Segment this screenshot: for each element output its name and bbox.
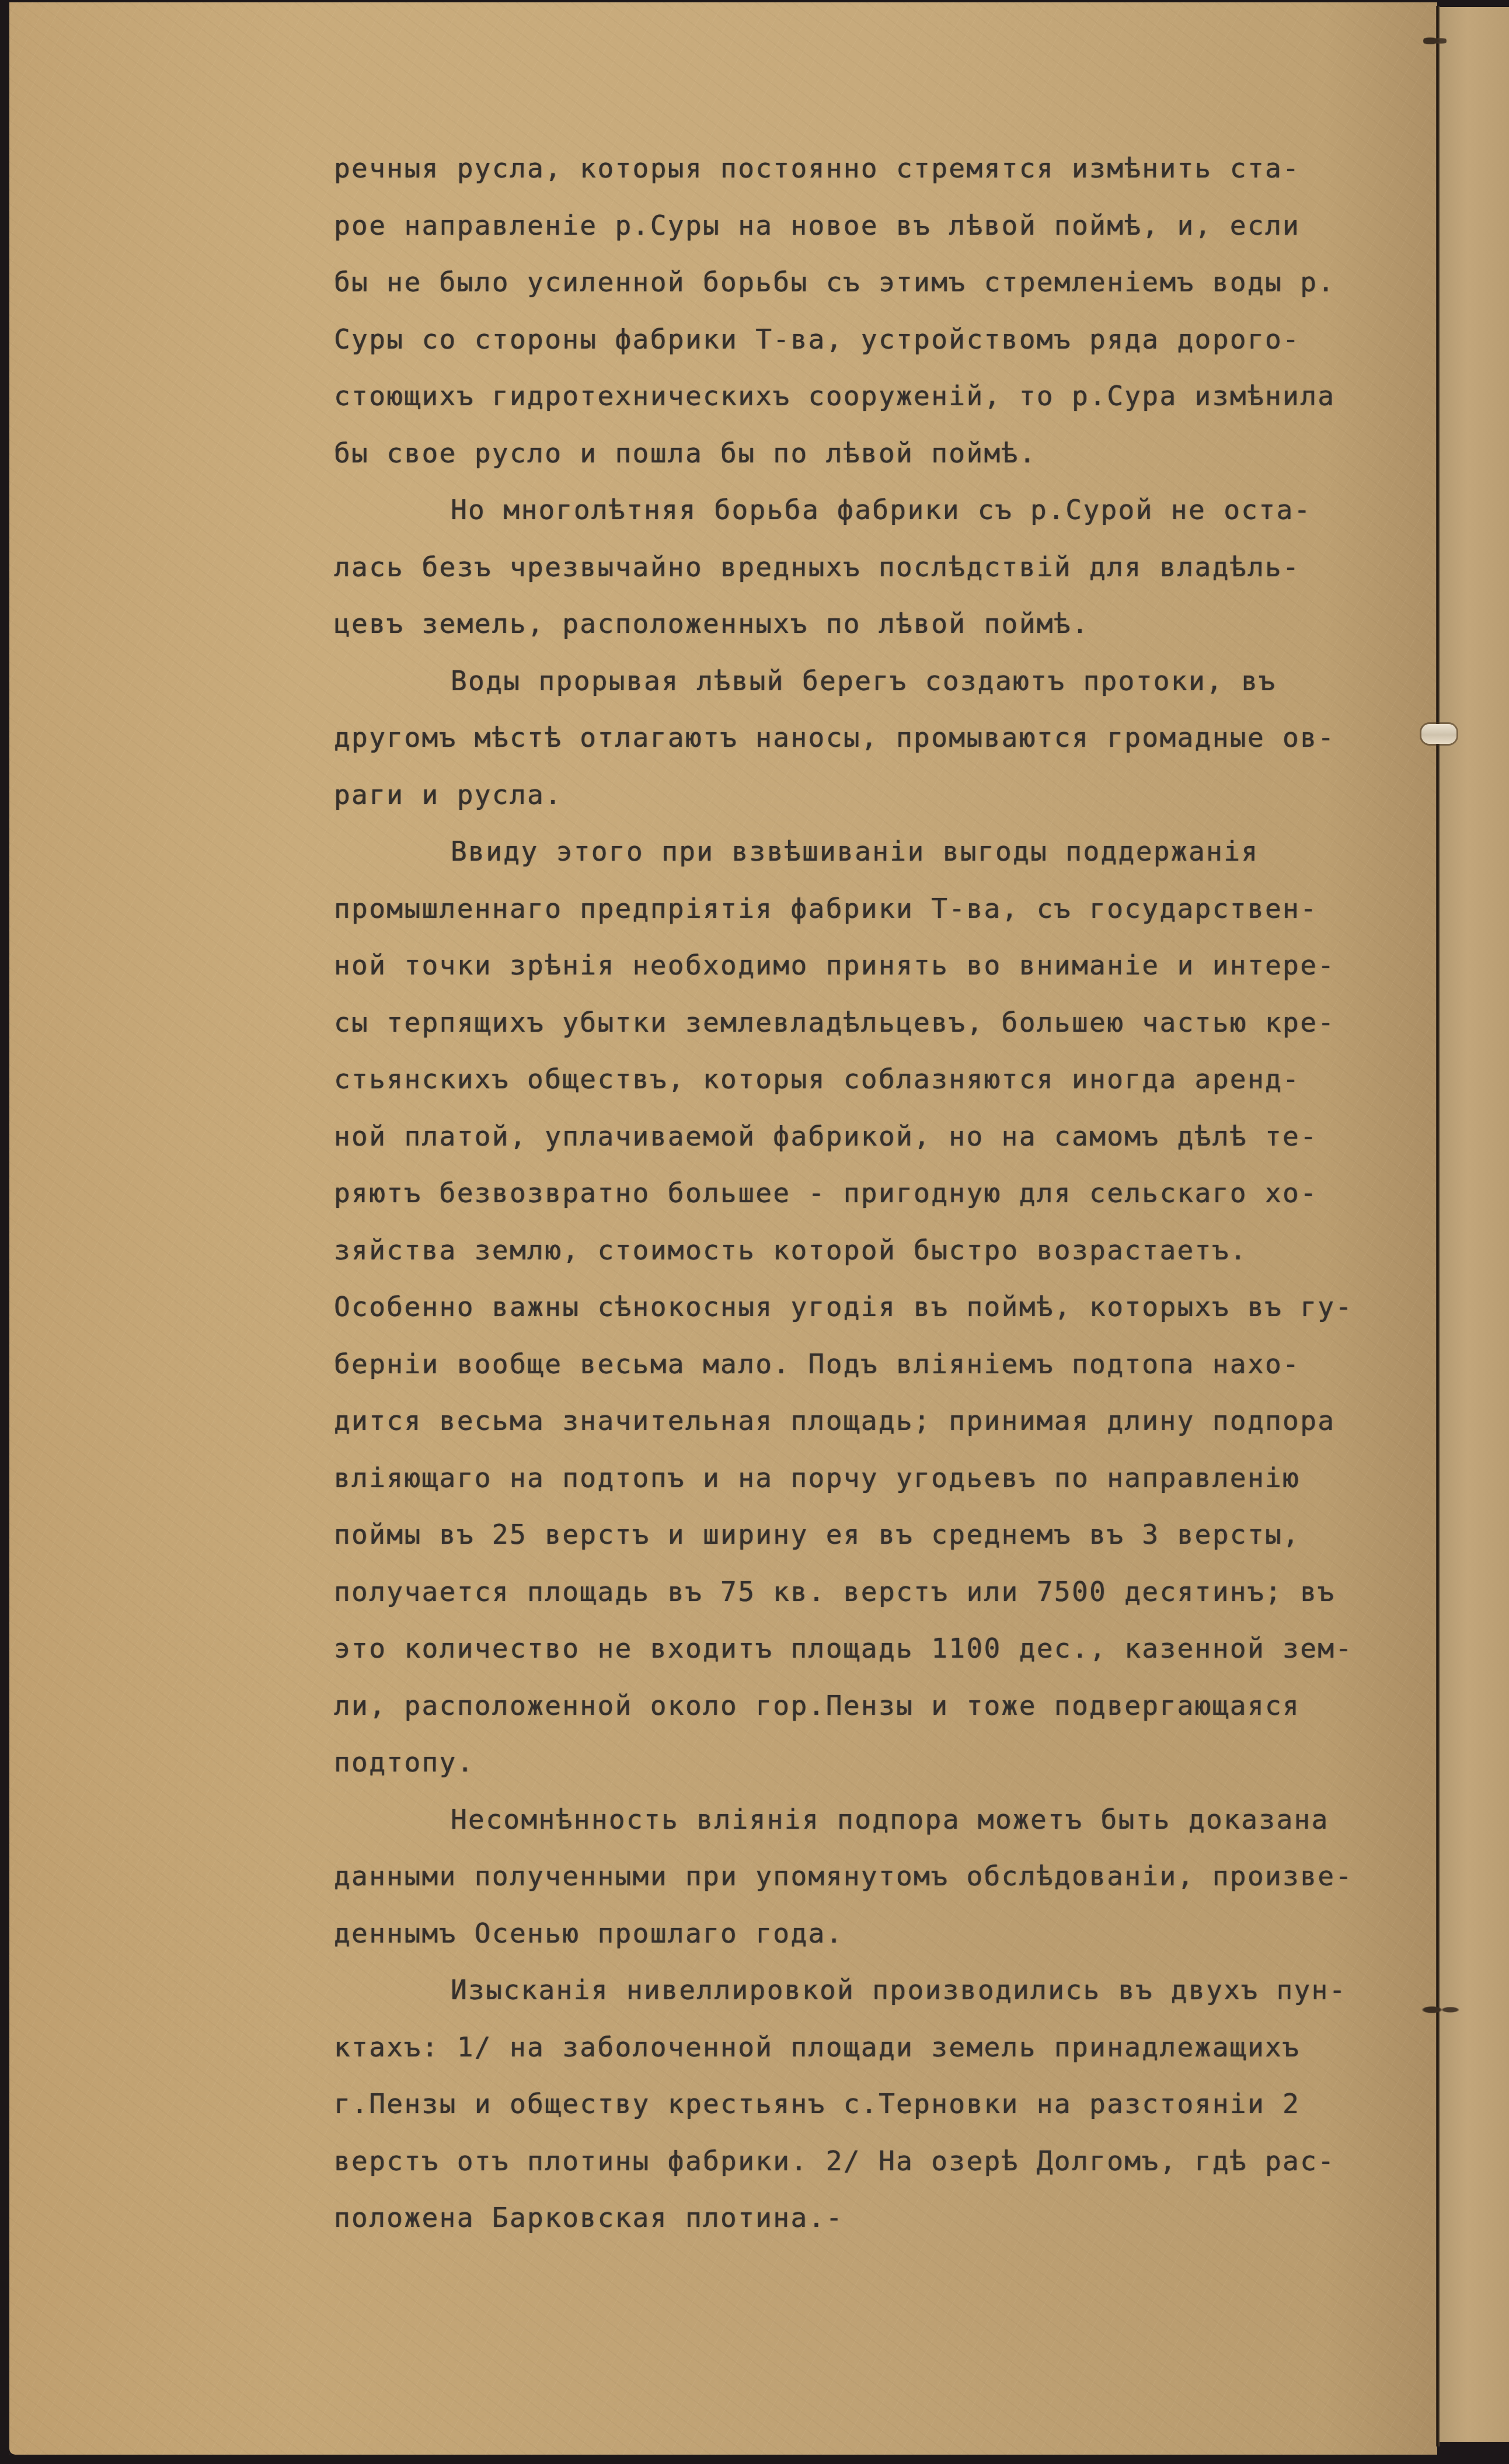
text-line: данными полученными при упомянутомъ обсл… (334, 1848, 1431, 1905)
text-line: бы свое русло и пошла бы по лѣвой поймѣ. (334, 425, 1431, 482)
paragraph-start-line: Ввиду этого при взвѣшиваніи выгоды подде… (334, 823, 1431, 881)
text-line: верстъ отъ плотины фабрики. 2/ На озерѣ … (334, 2133, 1431, 2190)
scanned-document: речныя русла, которыя постоянно стремятс… (0, 0, 1509, 2464)
text-line: Особенно важны сѣнокосныя угодія въ пойм… (334, 1279, 1431, 1336)
paragraph-start-line: Изысканія нивеллировкой производились въ… (334, 1962, 1431, 2019)
text-line: берніи вообще весьма мало. Подъ вліяніем… (334, 1336, 1431, 1393)
text-line: зяйства землю, стоимость которой быстро … (334, 1222, 1431, 1279)
text-line: промышленнаго предпріятія фабрики Т-ва, … (334, 881, 1431, 938)
text-line: вліяющаго на подтопъ и на порчу угодьевъ… (334, 1450, 1431, 1507)
binding-fold (1436, 6, 1440, 2446)
text-line: получается площадь въ 75 кв. верстъ или … (334, 1564, 1431, 1621)
paragraph-start-line: Несомнѣнность вліянія подпора можетъ быт… (334, 1791, 1431, 1849)
text-line: ряютъ безвозвратно большее - пригодную д… (334, 1165, 1431, 1222)
text-line: деннымъ Осенью прошлаго года. (334, 1905, 1431, 1962)
text-line: стоющихъ гидротехническихъ сооруженій, т… (334, 368, 1431, 425)
text-line: положена Барковская плотина.- (334, 2190, 1431, 2247)
text-line: поймы въ 25 верстъ и ширину ея въ средне… (334, 1506, 1431, 1564)
typewritten-text: речныя русла, которыя постоянно стремятс… (334, 140, 1431, 2247)
text-line: бы не было усиленной борьбы съ этимъ стр… (334, 254, 1431, 311)
text-line: дится весьма значительная площадь; прини… (334, 1393, 1431, 1450)
text-line: цевъ земель, расположенныхъ по лѣвой пой… (334, 596, 1431, 653)
paragraph-start-line: Воды прорывая лѣвый берегъ создаютъ прот… (334, 653, 1431, 710)
binding-hole-icon (1423, 35, 1447, 47)
adjacent-page-edge (1440, 7, 1509, 2442)
text-line: сы терпящихъ убытки землевладѣльцевъ, бо… (334, 994, 1431, 1052)
text-line: это количество не входитъ площадь 1100 д… (334, 1620, 1431, 1678)
paragraph-start-line: Но многолѣтняя борьба фабрики съ р.Сурой… (334, 482, 1431, 539)
text-line: стьянскихъ обществъ, которыя соблазняютс… (334, 1051, 1431, 1108)
text-line: рое направленіе р.Суры на новое въ лѣвой… (334, 197, 1431, 255)
text-line: другомъ мѣстѣ отлагаютъ наносы, промываю… (334, 709, 1431, 767)
text-line: ной платой, уплачиваемой фабрикой, но на… (334, 1108, 1431, 1165)
text-line: ной точки зрѣнія необходимо принять во в… (334, 937, 1431, 994)
text-line: г.Пензы и обществу крестьянъ с.Терновки … (334, 2076, 1431, 2133)
text-line: ли, расположенной около гор.Пензы и тоже… (334, 1678, 1431, 1735)
text-line: подтопу. (334, 1734, 1431, 1791)
text-line: раги и русла. (334, 767, 1431, 824)
text-line: речныя русла, которыя постоянно стремятс… (334, 140, 1431, 197)
text-line: Суры со стороны фабрики Т-ва, устройство… (334, 311, 1431, 368)
text-line: ктахъ: 1/ на заболоченной площади земель… (334, 2019, 1431, 2076)
text-line: лась безъ чрезвычайно вредныхъ послѣдств… (334, 539, 1431, 596)
